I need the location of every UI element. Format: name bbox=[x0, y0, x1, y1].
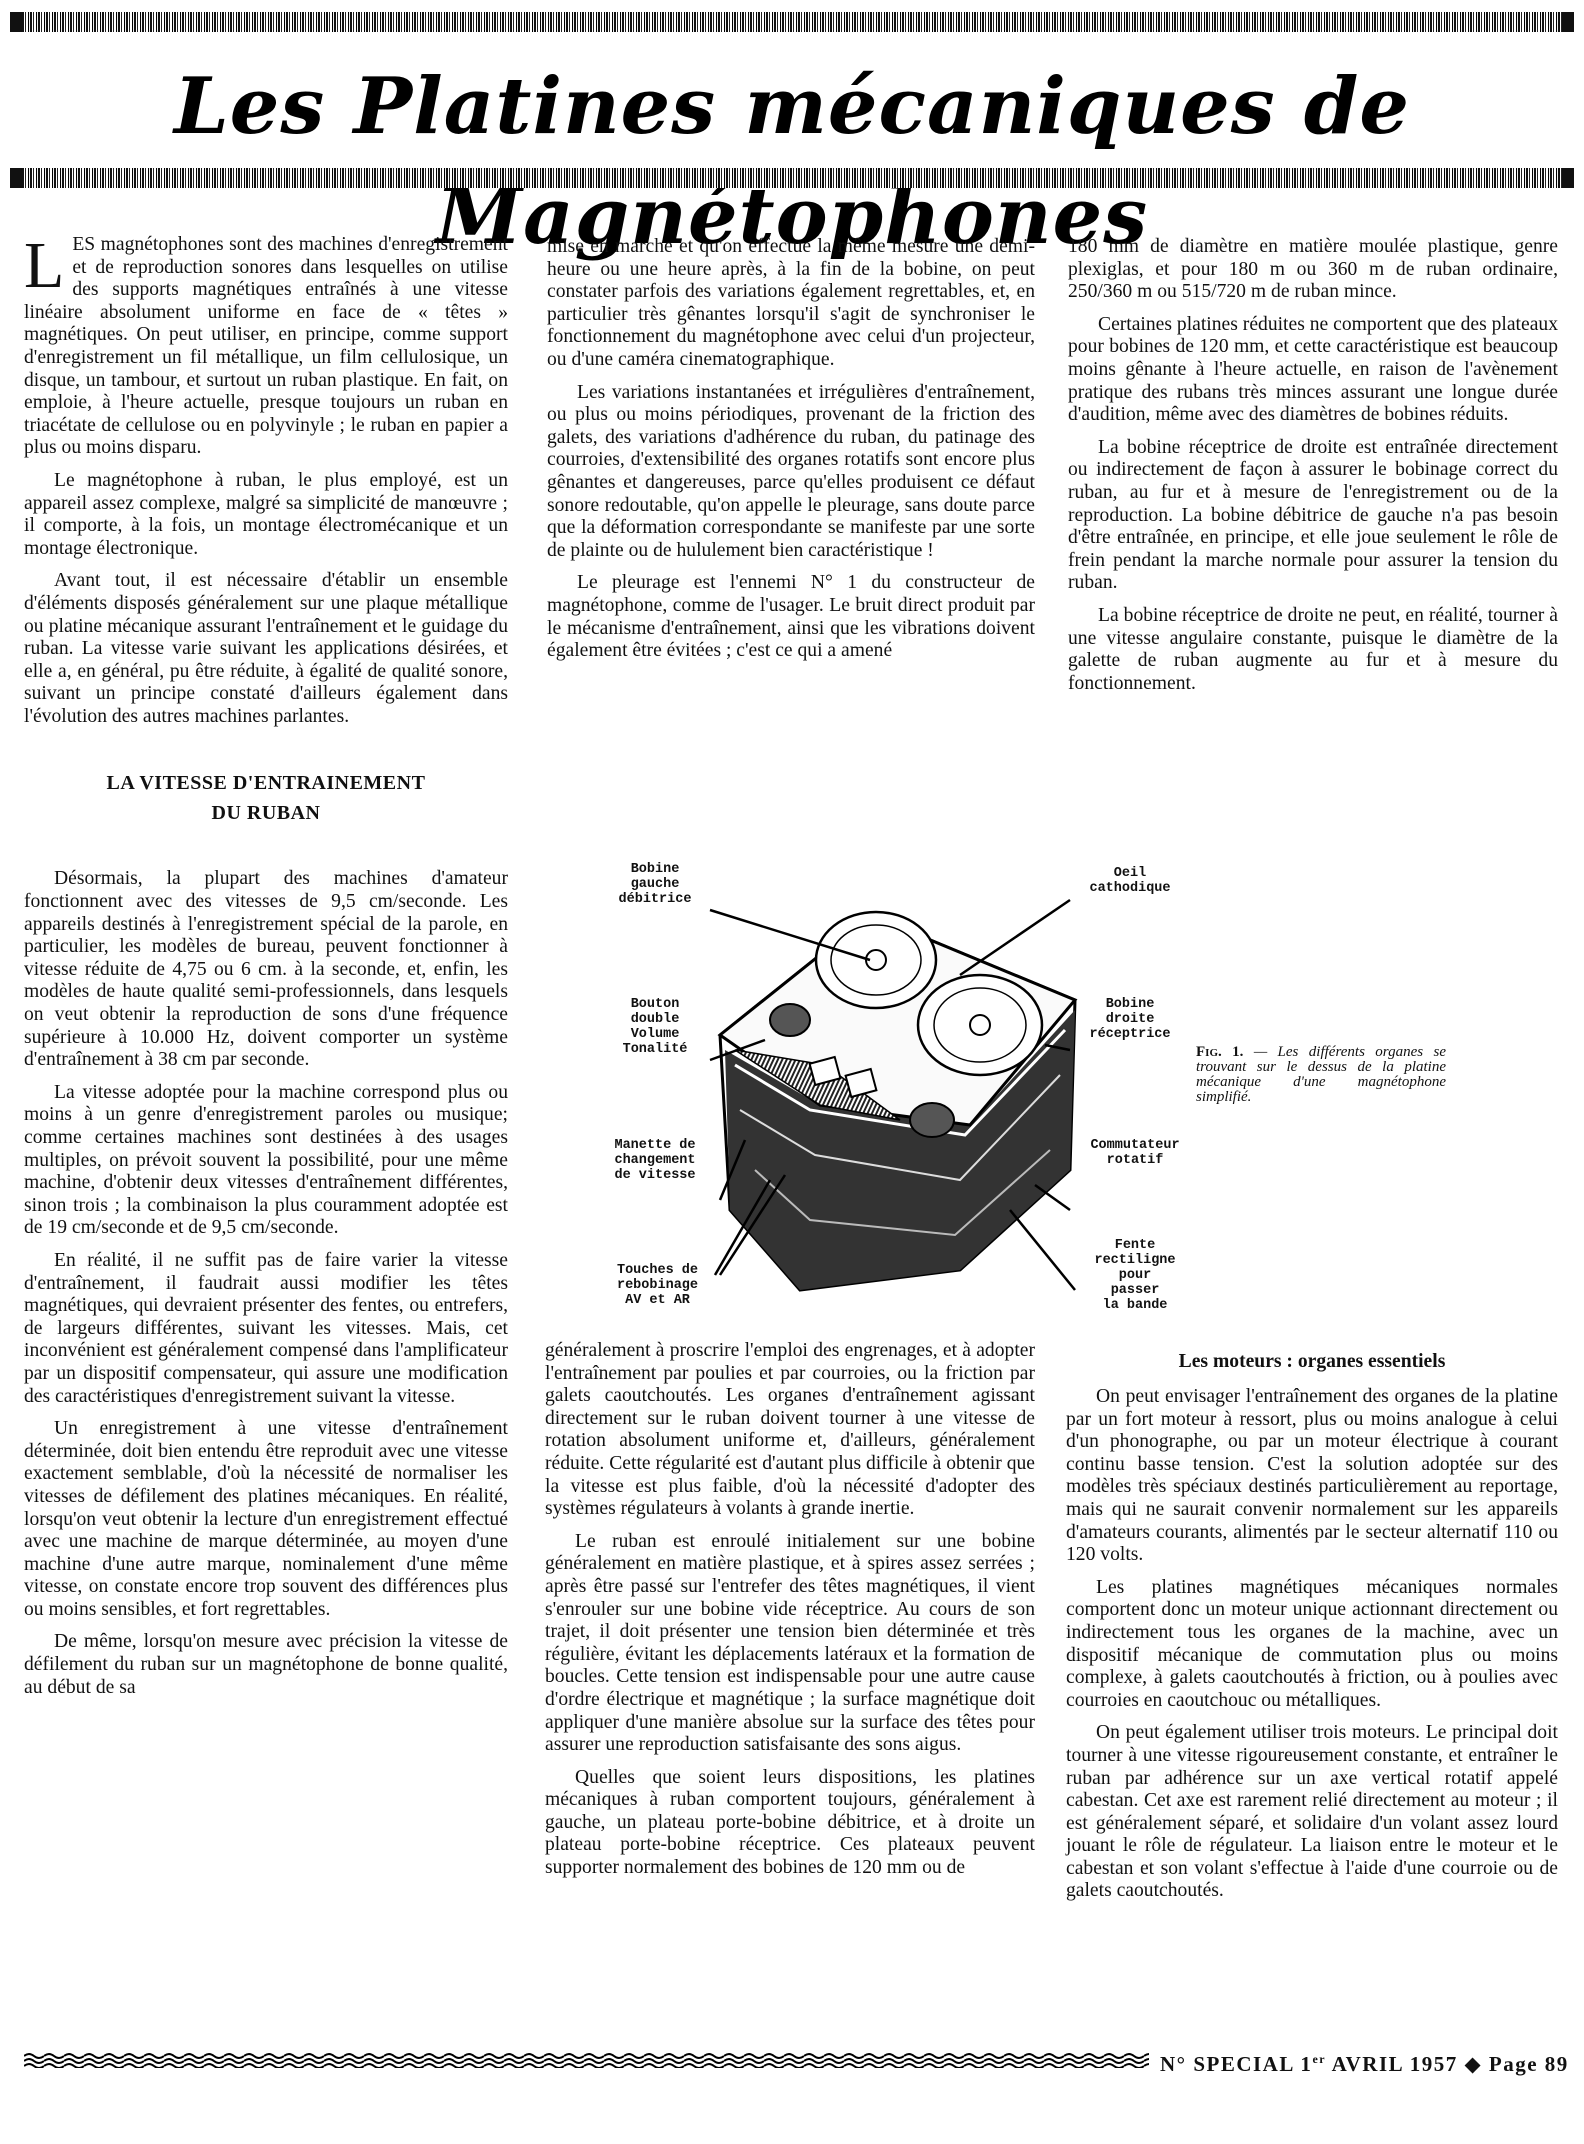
paragraph: 180 mm de diamètre en matière moulée pla… bbox=[1068, 236, 1558, 304]
paragraph: généralement à proscrire l'emploi des en… bbox=[545, 1340, 1035, 1521]
paragraph: mise en marche et qu'on effectue la même… bbox=[547, 236, 1035, 372]
paragraph: Les platines magnétiques mécaniques norm… bbox=[1066, 1577, 1558, 1713]
figure-number: Fig. 1. bbox=[1196, 1044, 1243, 1060]
paragraph: On peut envisager l'entraînement des org… bbox=[1066, 1386, 1558, 1567]
issue-date: AVRIL 1957 bbox=[1326, 2052, 1458, 2076]
article-column-2-bottom: généralement à proscrire l'emploi des en… bbox=[545, 1340, 1035, 1890]
paragraph: La vitesse adoptée pour la machine corre… bbox=[24, 1082, 508, 1240]
paragraph: La bobine réceptrice de droite est entra… bbox=[1068, 437, 1558, 595]
paragraph: Quelles que soient leurs dispositions, l… bbox=[545, 1767, 1035, 1880]
article-column-1: LES magnétophones sont des machines d'en… bbox=[24, 234, 508, 1709]
page-number: Page 89 bbox=[1489, 2052, 1569, 2076]
paragraph: Un enregistrement à une vitesse d'entraî… bbox=[24, 1418, 508, 1621]
page-footer: N° SPECIAL 1er AVRIL 1957 ◆ Page 89 bbox=[1160, 2044, 1569, 2079]
paragraph: Certaines platines réduites ne comporten… bbox=[1068, 314, 1558, 427]
paragraph-intro: LES magnétophones sont des machines d'en… bbox=[24, 234, 508, 460]
paragraph: On peut également utiliser trois moteurs… bbox=[1066, 1722, 1558, 1903]
label-fente-rectiligne: Fente rectiligne pour passer la bande bbox=[1075, 1238, 1195, 1313]
paragraph: Désormais, la plupart des machines d'ama… bbox=[24, 868, 508, 1071]
paragraph: En réalité, il ne suffit pas de faire va… bbox=[24, 1250, 508, 1408]
drop-cap: L bbox=[24, 238, 64, 294]
label-bobine-gauche: Bobine gauche débitrice bbox=[600, 862, 710, 907]
label-bobine-droite: Bobine droite réceptrice bbox=[1070, 997, 1190, 1042]
footer-wavy-rule bbox=[24, 2052, 1149, 2068]
figure-caption: Fig. 1. — Les différents organes se trou… bbox=[1196, 1045, 1446, 1105]
paragraph: La bobine réceptrice de droite ne peut, … bbox=[1068, 605, 1558, 695]
header-decorative-band-bottom bbox=[10, 168, 1574, 188]
header-decorative-band-top bbox=[10, 12, 1574, 32]
diamond-separator-icon: ◆ bbox=[1465, 2052, 1483, 2076]
issue-label: N° SPECIAL 1 bbox=[1160, 2052, 1312, 2076]
page-title: Les Platines mécaniques de Magnétophones bbox=[20, 52, 1564, 162]
label-commutateur-rotatif: Commutateur rotatif bbox=[1075, 1138, 1195, 1168]
label-manette-vitesse: Manette de changement de vitesse bbox=[590, 1138, 720, 1183]
section-heading: LA VITESSE D'ENTRAINEMENT DU RUBAN bbox=[24, 768, 508, 828]
paragraph: Les variations instantanées et irréguliè… bbox=[547, 382, 1035, 563]
label-bouton-double: Bouton double Volume Tonalité bbox=[600, 997, 710, 1057]
paragraph: Avant tout, il est nécessaire d'établir … bbox=[24, 570, 508, 728]
paragraph: De même, lorsqu'on mesure avec précision… bbox=[24, 1631, 508, 1699]
paragraph: Le ruban est enroulé initialement sur un… bbox=[545, 1531, 1035, 1757]
article-column-3-bottom: Les moteurs : organes essentiels On peut… bbox=[1066, 1350, 1558, 1913]
paragraph: Le magnétophone à ruban, le plus employé… bbox=[24, 470, 508, 560]
figure-tape-recorder-diagram: Bobine gauche débitrice Bouton double Vo… bbox=[570, 850, 1190, 1330]
article-column-3-top: 180 mm de diamètre en matière moulée pla… bbox=[1068, 236, 1558, 705]
subsection-heading: Les moteurs : organes essentiels bbox=[1066, 1350, 1558, 1374]
paragraph: Le pleurage est l'ennemi N° 1 du constru… bbox=[547, 572, 1035, 662]
article-column-2-top: mise en marche et qu'on effectue la même… bbox=[547, 236, 1035, 673]
label-touches-rebobinage: Touches de rebobinage AV et AR bbox=[595, 1263, 720, 1308]
label-oeil-cathodique: Oeil cathodique bbox=[1070, 866, 1190, 896]
